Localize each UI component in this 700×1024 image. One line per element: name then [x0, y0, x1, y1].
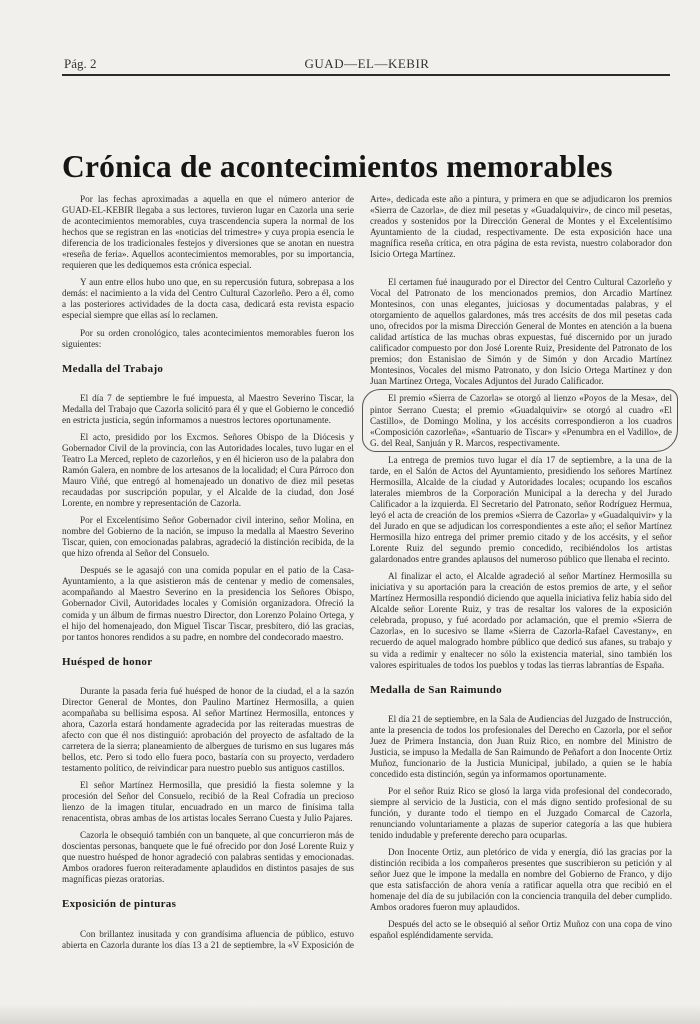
body-paragraph: Al finalizar el acto, el Alcalde agradec…: [370, 571, 672, 670]
body-paragraph: La entrega de premios tuvo lugar el día …: [370, 455, 672, 565]
body-paragraph: Después se le agasajó con una comida pop…: [62, 565, 354, 642]
intro-paragraph: Por las fechas aproximadas a aquella en …: [62, 194, 354, 271]
left-column: Por las fechas aproximadas a aquella en …: [62, 194, 354, 957]
section-heading-medalla-san-raimundo: Medalla de San Raimundo: [370, 685, 672, 696]
running-header: Pág. 2 GUAD—EL—KEBIR: [64, 56, 670, 74]
circled-awards-paragraph: El premio «Sierra de Cazorla» se otorgó …: [370, 393, 672, 448]
body-paragraph: El acto, presidido por los Excmos. Señor…: [62, 432, 354, 509]
page-edge-shadow: [0, 1004, 700, 1024]
journal-name: GUAD—EL—KEBIR: [64, 56, 670, 72]
body-paragraph: Don Inocente Ortiz, aun pletórico de vid…: [370, 847, 672, 913]
section-heading-medalla-trabajo: Medalla del Trabajo: [62, 364, 354, 375]
right-column: Con brillantez inusitada y con grandísim…: [370, 194, 672, 948]
intro-paragraph: Por su orden cronológico, tales aconteci…: [62, 328, 354, 350]
section-heading-exposicion-pinturas: Exposición de pinturas: [62, 899, 354, 910]
newspaper-page: Pág. 2 GUAD—EL—KEBIR Crónica de aconteci…: [0, 0, 700, 1024]
intro-paragraph: Y aun entre ellos hubo uno que, en su re…: [62, 277, 354, 321]
section-heading-huesped-honor: Huésped de honor: [62, 657, 354, 668]
body-paragraph: Por el señor Ruiz Rico se glosó la larga…: [370, 786, 672, 841]
body-paragraph: El certamen fué inaugurado por el Direct…: [370, 277, 672, 387]
body-paragraph: El señor Martínez Hermosilla, que presid…: [62, 780, 354, 824]
body-paragraph: El día 21 de septiembre, en la Sala de A…: [370, 714, 672, 780]
body-paragraph: Por el Excelentísimo Señor Gobernador ci…: [62, 515, 354, 559]
header-rule: [62, 74, 670, 76]
body-paragraph: Con brillantez inusitada y con grandísim…: [62, 929, 354, 951]
body-paragraph: Después del acto se le obsequió al señor…: [370, 919, 672, 941]
body-paragraph: Con brillantez inusitada y con grandísim…: [370, 194, 672, 271]
body-paragraph: Cazorla le obsequió también con un banqu…: [62, 830, 354, 885]
body-paragraph: Durante la pasada feria fué huésped de h…: [62, 686, 354, 774]
continued-text: Con brillantez inusitada y con grandísim…: [370, 194, 672, 260]
body-paragraph: El día 7 de septiembre le fué impuesta, …: [62, 393, 354, 426]
article-title: Crónica de acontecimientos memorables: [62, 149, 672, 185]
